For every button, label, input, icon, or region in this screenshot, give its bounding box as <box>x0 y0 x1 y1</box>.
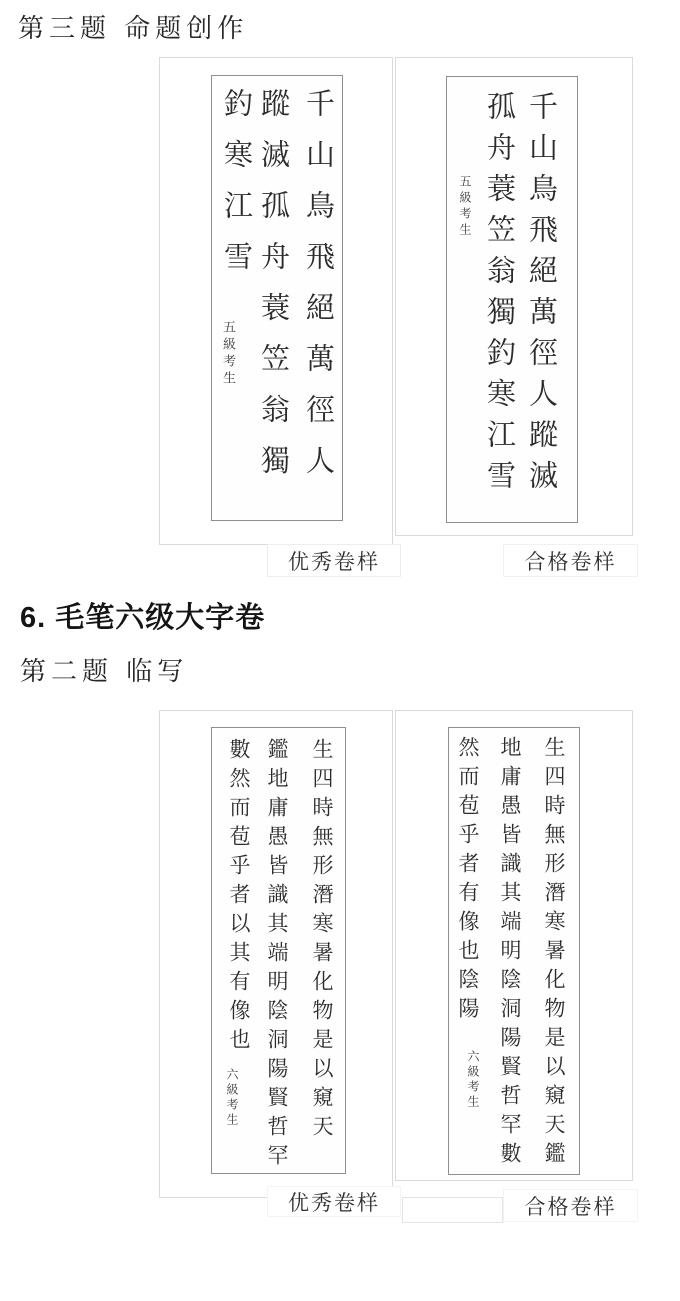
caption-label: 合格卷样 <box>525 546 617 576</box>
calligraphy-image-excellent-q3: 千山鳥飛絕萬徑人 蹤滅孤舟蓑笠翁獨 釣寒江雪 五級考生 <box>211 75 343 521</box>
calligraphy-column: 生四時無形潛寒暑化物是以窺天鑑 <box>543 736 564 1171</box>
question-2-heading: 第二题 临写 <box>20 651 188 688</box>
caption-label: 合格卷样 <box>525 1191 617 1221</box>
empty-caption-box <box>402 1197 503 1223</box>
calligraphy-column: 地庸愚皆識其端明陰洞陽賢哲罕數 <box>499 736 520 1171</box>
calligraphy-column: 孤舟蓑笠翁獨釣寒江雪 <box>485 91 514 501</box>
examinee-signature: 五級考生 <box>459 175 471 239</box>
question-3-heading: 第三题 命题创作 <box>18 8 248 45</box>
examinee-signature: 六級考生 <box>226 1068 238 1128</box>
calligraphy-column: 然而苞乎者有像也陰陽 <box>457 736 478 1026</box>
calligraphy-column: 千山鳥飛絕萬徑人 <box>304 88 333 496</box>
caption-label: 优秀卷样 <box>288 1187 380 1217</box>
caption-box-qualified-q3: 合格卷样 <box>503 544 638 577</box>
calligraphy-image-excellent-q2: 生四時無形潛寒暑化物是以窺天 鑑地庸愚皆識其端明陰洞陽賢哲罕 數然而苞乎者以其有… <box>211 727 346 1174</box>
calligraphy-image-qualified-q2: 生四時無形潛寒暑化物是以窺天鑑 地庸愚皆識其端明陰洞陽賢哲罕數 然而苞乎者有像也… <box>448 727 580 1175</box>
calligraphy-column: 釣寒江雪 <box>222 88 251 292</box>
calligraphy-column: 鑑地庸愚皆識其端明陰洞陽賢哲罕 <box>266 738 287 1173</box>
examinee-signature: 六級考生 <box>467 1050 479 1110</box>
caption-box-excellent-q2: 优秀卷样 <box>267 1186 401 1217</box>
document-page: 第三题 命题创作 千山鳥飛絕萬徑人 蹤滅孤舟蓑笠翁獨 釣寒江雪 五級考生 千山鳥… <box>0 0 680 1301</box>
level-6-section-heading: 6. 毛笔六级大字卷 <box>20 595 265 636</box>
caption-label: 优秀卷样 <box>288 546 380 576</box>
examinee-signature: 五級考生 <box>221 320 234 388</box>
calligraphy-column: 生四時無形潛寒暑化物是以窺天 <box>311 738 332 1144</box>
calligraphy-column: 千山鳥飛絕萬徑人蹤滅 <box>527 91 556 501</box>
calligraphy-image-qualified-q3: 千山鳥飛絕萬徑人蹤滅 孤舟蓑笠翁獨釣寒江雪 五級考生 <box>446 76 578 523</box>
caption-box-qualified-q2: 合格卷样 <box>503 1189 638 1222</box>
caption-box-excellent-q3: 优秀卷样 <box>267 544 401 577</box>
calligraphy-column: 蹤滅孤舟蓑笠翁獨 <box>259 88 288 496</box>
calligraphy-column: 數然而苞乎者以其有像也 <box>228 738 249 1057</box>
